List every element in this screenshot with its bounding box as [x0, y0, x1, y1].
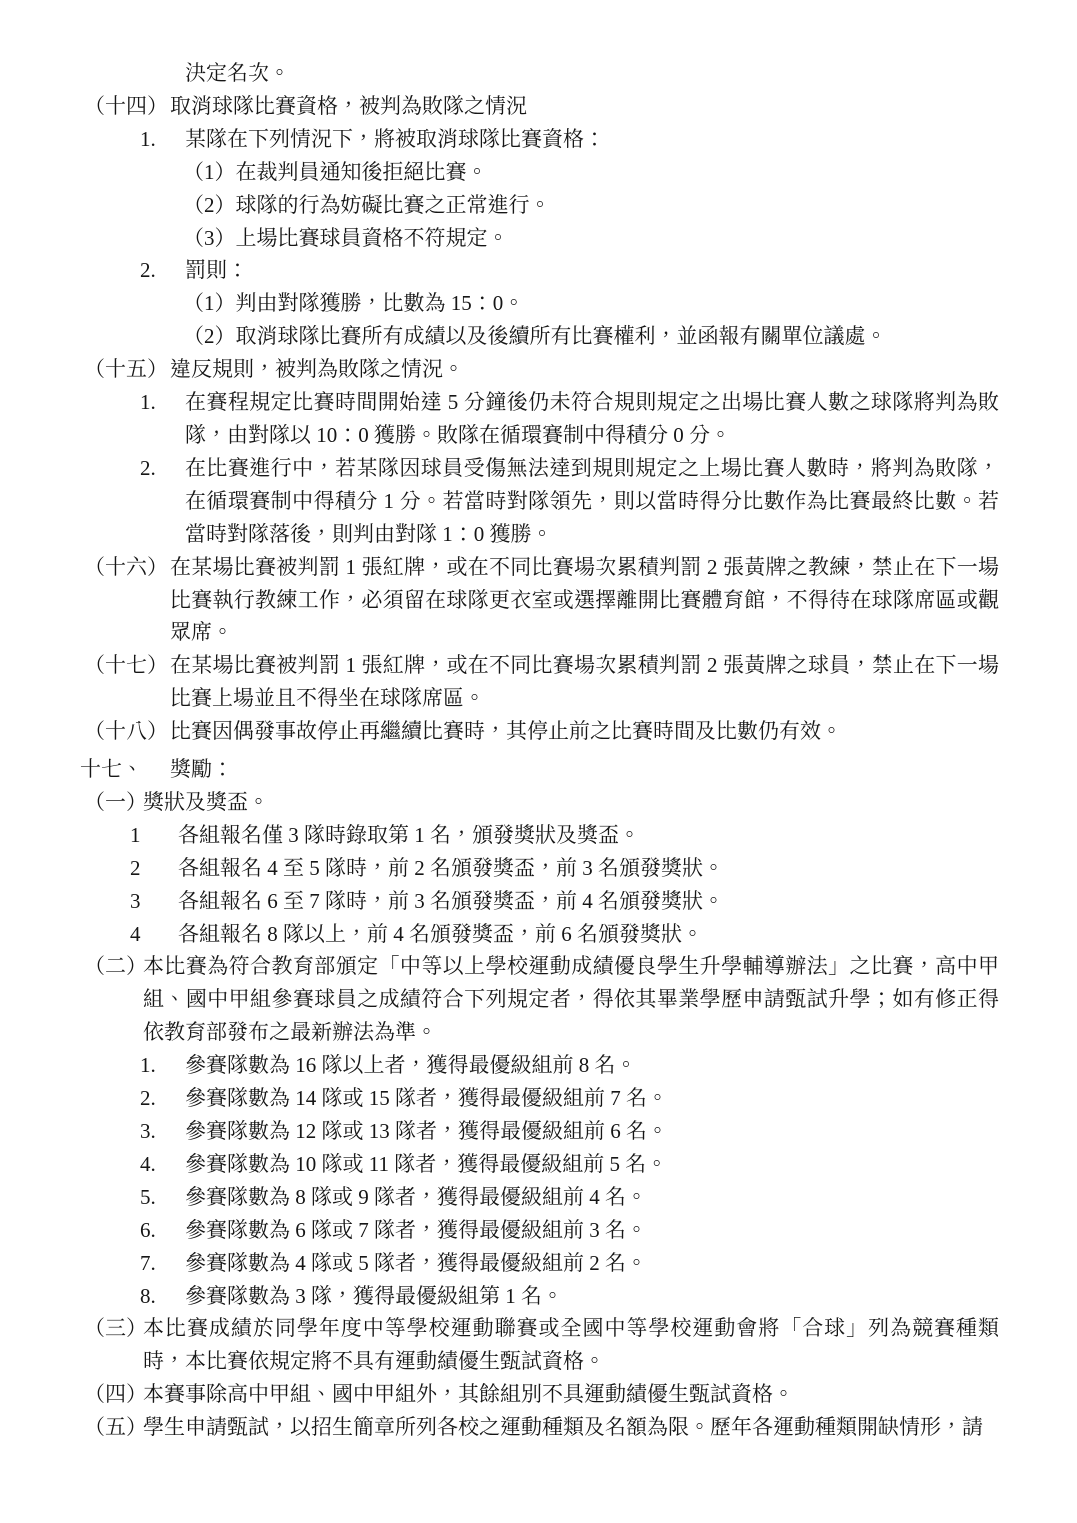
paragraph: 1各組報名僅 3 隊時錄取第 1 名，頒發獎狀及獎盃。: [84, 819, 999, 852]
paragraph-label: 2.: [140, 254, 156, 287]
paragraph-text: 違反規則，被判為敗隊之情況。: [170, 357, 464, 381]
paragraph-label: 4: [130, 918, 141, 951]
paragraph-text: 各組報名 4 至 5 隊時，前 2 名頒發獎盃，前 3 名頒發獎狀。: [178, 856, 724, 880]
paragraph-label: 1.: [140, 123, 156, 156]
paragraph-text: 在比賽進行中，若某隊因球員受傷無法達到規則規定之上場比賽人數時，將判為敗隊，在循…: [185, 456, 999, 546]
paragraph-text: 參賽隊數為 3 隊，獲得最優級組第 1 名。: [185, 1284, 563, 1308]
paragraph-text: 本比賽成績於同學年度中等學校運動聯賽或全國中等學校運動會將「合球」列為競賽種類時…: [143, 1316, 999, 1373]
paragraph-text: 決定名次。: [185, 61, 290, 85]
paragraph-text: 在某場比賽被判罰 1 張紅牌，或在不同比賽場次累積判罰 2 張黃牌之教練，禁止在…: [170, 555, 999, 645]
paragraph-text: 本比賽為符合教育部頒定「中等以上學校運動成績優良學生升學輔導辦法」之比賽，高中甲…: [143, 954, 999, 1044]
paragraph-text: 各組報名 8 隊以上，前 4 名頒發獎盃，前 6 名頒發獎狀。: [178, 922, 703, 946]
paragraph-text: 參賽隊數為 8 隊或 9 隊者，獲得最優級組前 4 名。: [185, 1185, 647, 1209]
paragraph: 決定名次。: [84, 57, 999, 90]
paragraph-label: 1.: [140, 386, 156, 419]
paragraph: （三）本比賽成績於同學年度中等學校運動聯賽或全國中等學校運動會將「合球」列為競賽…: [84, 1312, 999, 1378]
paragraph-text: 球隊的行為妨礙比賽之正常進行。: [236, 193, 551, 217]
paragraph: （十八）比賽因偶發事故停止再繼續比賽時，其停止前之比賽時間及比數仍有效。: [84, 715, 999, 748]
paragraph-label: （十八）: [84, 715, 168, 748]
paragraph-label: （三）: [84, 1312, 147, 1345]
paragraph: 5.參賽隊數為 8 隊或 9 隊者，獲得最優級組前 4 名。: [84, 1181, 999, 1214]
paragraph-label: 2: [130, 852, 141, 885]
paragraph: 7.參賽隊數為 4 隊或 5 隊者，獲得最優級組前 2 名。: [84, 1247, 999, 1280]
paragraph-label: （2）: [183, 193, 236, 217]
paragraph: 6.參賽隊數為 6 隊或 7 隊者，獲得最優級組前 3 名。: [84, 1214, 999, 1247]
paragraph: （1）判由對隊獲勝，比數為 15：0。: [84, 287, 999, 320]
paragraph: 2.參賽隊數為 14 隊或 15 隊者，獲得最優級組前 7 名。: [84, 1082, 999, 1115]
paragraph-label: （3）: [183, 226, 236, 250]
paragraph-label: 1: [130, 819, 141, 852]
paragraph: （十四）取消球隊比賽資格，被判為敗隊之情況: [84, 90, 999, 123]
paragraph-label: （一）: [84, 786, 147, 819]
paragraph-text: 本賽事除高中甲組、國中甲組外，其餘組別不具運動績優生甄試資格。: [143, 1382, 794, 1406]
paragraph-text: 取消球隊比賽資格，被判為敗隊之情況: [170, 94, 527, 118]
paragraph: （十七）在某場比賽被判罰 1 張紅牌，或在不同比賽場次累積判罰 2 張黃牌之球員…: [84, 649, 999, 715]
paragraph: 1.在賽程規定比賽時間開始達 5 分鐘後仍未符合規則規定之出場比賽人數之球隊將判…: [84, 386, 999, 452]
paragraph: 1.參賽隊數為 16 隊以上者，獲得最優級組前 8 名。: [84, 1049, 999, 1082]
paragraph: 2.在比賽進行中，若某隊因球員受傷無法達到規則規定之上場比賽人數時，將判為敗隊，…: [84, 452, 999, 551]
paragraph-label: 8.: [140, 1280, 156, 1313]
paragraph-label: 5.: [140, 1181, 156, 1214]
paragraph-text: 獎狀及獎盃。: [143, 790, 269, 814]
paragraph-text: 各組報名僅 3 隊時錄取第 1 名，頒發獎狀及獎盃。: [178, 823, 640, 847]
paragraph: （3）上場比賽球員資格不符規定。: [84, 222, 999, 255]
paragraph-label: （二）: [84, 950, 147, 983]
paragraph-label: （十六）: [84, 551, 168, 584]
paragraph: （四）本賽事除高中甲組、國中甲組外，其餘組別不具運動績優生甄試資格。: [84, 1378, 999, 1411]
paragraph: 3各組報名 6 至 7 隊時，前 3 名頒發獎盃，前 4 名頒發獎狀。: [84, 885, 999, 918]
paragraph-label: （四）: [84, 1378, 147, 1411]
paragraph-label: （十四）: [84, 90, 168, 123]
paragraph-label: 7.: [140, 1247, 156, 1280]
paragraph-text: 在裁判員通知後拒絕比賽。: [236, 160, 488, 184]
paragraph: （一）獎狀及獎盃。: [84, 786, 999, 819]
paragraph: （1）在裁判員通知後拒絕比賽。: [84, 156, 999, 189]
paragraph-label: 2.: [140, 452, 156, 485]
paragraph-label: 6.: [140, 1214, 156, 1247]
paragraph-label: 3: [130, 885, 141, 918]
document-body: 決定名次。（十四）取消球隊比賽資格，被判為敗隊之情況1.某隊在下列情況下，將被取…: [0, 0, 1077, 1444]
document-page: { "colors": { "background": "#ffffff", "…: [0, 0, 1077, 1523]
paragraph-text: 在賽程規定比賽時間開始達 5 分鐘後仍未符合規則規定之出場比賽人數之球隊將判為敗…: [185, 390, 999, 447]
paragraph-text: 參賽隊數為 16 隊以上者，獲得最優級組前 8 名。: [185, 1053, 637, 1077]
paragraph-text: 上場比賽球員資格不符規定。: [236, 226, 509, 250]
paragraph-label: 3.: [140, 1115, 156, 1148]
paragraph-text: 罰則：: [185, 258, 248, 282]
paragraph: 8.參賽隊數為 3 隊，獲得最優級組第 1 名。: [84, 1280, 999, 1313]
paragraph-text: 參賽隊數為 4 隊或 5 隊者，獲得最優級組前 2 名。: [185, 1251, 647, 1275]
paragraph-label: 1.: [140, 1049, 156, 1082]
paragraph-text: 參賽隊數為 12 隊或 13 隊者，獲得最優級組前 6 名。: [185, 1119, 668, 1143]
paragraph: （2）取消球隊比賽所有成績以及後續所有比賽權利，並函報有關單位議處。: [84, 320, 999, 353]
page-canvas: 決定名次。（十四）取消球隊比賽資格，被判為敗隊之情況1.某隊在下列情況下，將被取…: [0, 0, 1077, 1523]
paragraph-label: 4.: [140, 1148, 156, 1181]
paragraph: （2）球隊的行為妨礙比賽之正常進行。: [84, 189, 999, 222]
paragraph-text: 判由對隊獲勝，比數為 15：0。: [236, 291, 525, 315]
paragraph-text: 某隊在下列情況下，將被取消球隊比賽資格：: [185, 127, 605, 151]
paragraph: （二）本比賽為符合教育部頒定「中等以上學校運動成績優良學生升學輔導辦法」之比賽，…: [84, 950, 999, 1049]
paragraph-label: （十五）: [84, 353, 168, 386]
paragraph-text: 取消球隊比賽所有成績以及後續所有比賽權利，並函報有關單位議處。: [236, 324, 887, 348]
paragraph-label: （2）: [183, 324, 236, 348]
paragraph: 2.罰則：: [84, 254, 999, 287]
paragraph-label: （五）: [84, 1411, 147, 1444]
paragraph-label: 2.: [140, 1082, 156, 1115]
paragraph-label: （1）: [183, 160, 236, 184]
paragraph-text: 參賽隊數為 10 隊或 11 隊者，獲得最優級組前 5 名。: [185, 1152, 667, 1176]
paragraph-label: （十七）: [84, 649, 168, 682]
paragraph-text: 各組報名 6 至 7 隊時，前 3 名頒發獎盃，前 4 名頒發獎狀。: [178, 889, 724, 913]
paragraph: 3.參賽隊數為 12 隊或 13 隊者，獲得最優級組前 6 名。: [84, 1115, 999, 1148]
paragraph-text: 學生申請甄試，以招生簡章所列各校之運動種類及名額為限。歷年各運動種類開缺情形，請: [143, 1415, 983, 1439]
paragraph: 2各組報名 4 至 5 隊時，前 2 名頒發獎盃，前 3 名頒發獎狀。: [84, 852, 999, 885]
paragraph-text: 比賽因偶發事故停止再繼續比賽時，其停止前之比賽時間及比數仍有效。: [170, 719, 842, 743]
paragraph: （十五）違反規則，被判為敗隊之情況。: [84, 353, 999, 386]
paragraph: 4各組報名 8 隊以上，前 4 名頒發獎盃，前 6 名頒發獎狀。: [84, 918, 999, 951]
paragraph-text: 參賽隊數為 14 隊或 15 隊者，獲得最優級組前 7 名。: [185, 1086, 668, 1110]
paragraph: （五）學生申請甄試，以招生簡章所列各校之運動種類及名額為限。歷年各運動種類開缺情…: [84, 1411, 999, 1444]
paragraph-text: 獎勵：: [170, 757, 233, 781]
paragraph-label: 十七、: [80, 753, 143, 786]
paragraph: 4.參賽隊數為 10 隊或 11 隊者，獲得最優級組前 5 名。: [84, 1148, 999, 1181]
paragraph-text: 在某場比賽被判罰 1 張紅牌，或在不同比賽場次累積判罰 2 張黃牌之球員，禁止在…: [170, 653, 999, 710]
paragraph-label: （1）: [183, 291, 236, 315]
paragraph: 1.某隊在下列情況下，將被取消球隊比賽資格：: [84, 123, 999, 156]
paragraph: （十六）在某場比賽被判罰 1 張紅牌，或在不同比賽場次累積判罰 2 張黃牌之教練…: [84, 551, 999, 650]
paragraph: 十七、獎勵：: [84, 753, 999, 786]
paragraph-text: 參賽隊數為 6 隊或 7 隊者，獲得最優級組前 3 名。: [185, 1218, 647, 1242]
